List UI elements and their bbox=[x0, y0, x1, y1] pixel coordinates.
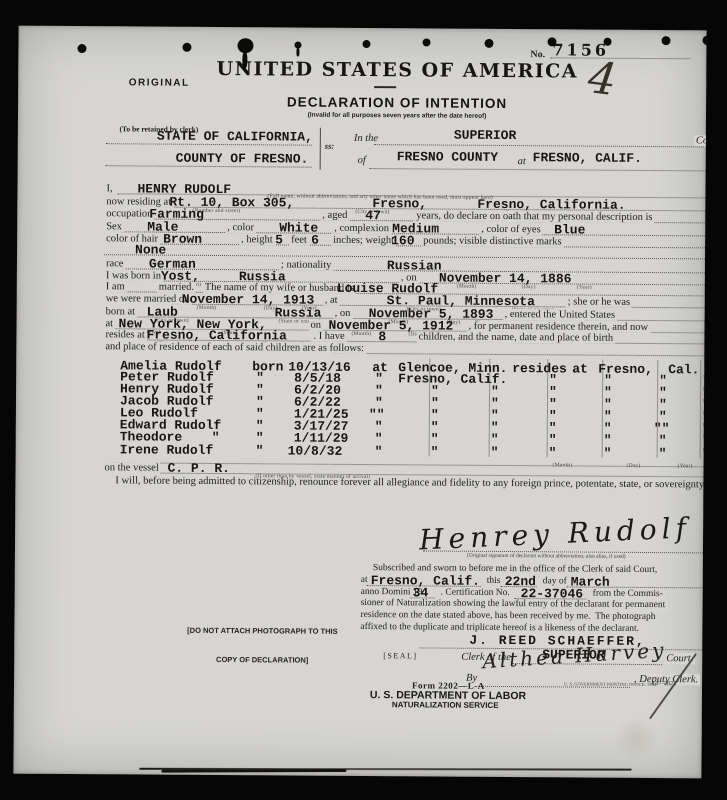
document-subtitle: DECLARATION OF INTENTION bbox=[252, 94, 542, 111]
binding-hole bbox=[547, 37, 556, 46]
printed-text: children, and the name, date and place o… bbox=[416, 331, 615, 343]
binding-hole bbox=[603, 38, 611, 46]
form-body-layer: I,HENRY RUDOLF(Full name, without abbrev… bbox=[19, 26, 707, 31]
printed-text: I, bbox=[104, 183, 114, 194]
oath-paragraph: I will, before being admitted to citizen… bbox=[99, 474, 706, 492]
typed-entry: None bbox=[135, 244, 166, 256]
printed-text: , aged bbox=[320, 210, 349, 221]
printed-text: occupation bbox=[104, 208, 154, 219]
printed-text: , color bbox=[225, 222, 256, 233]
title-underline bbox=[374, 86, 396, 88]
printed-text: residence on the date stated above, has … bbox=[358, 610, 657, 622]
signature-note: (Original signature of declarant without… bbox=[467, 553, 626, 560]
binding-hole bbox=[182, 43, 191, 52]
typed-entry: " bbox=[431, 446, 439, 458]
typed-entry: " bbox=[604, 448, 612, 460]
binding-hole bbox=[422, 38, 430, 46]
paper-fold-stub bbox=[161, 769, 346, 773]
printed-text: from the Commis- bbox=[591, 589, 665, 600]
no-photograph-line2: COPY OF DECLARATION] bbox=[176, 654, 348, 665]
printed-text: . Certification No. bbox=[439, 588, 512, 599]
typed-entry: 8 bbox=[378, 331, 386, 343]
service-label: NATURALIZATION SERVICE bbox=[392, 700, 499, 710]
typed-entry: 47 bbox=[365, 210, 381, 222]
typed-entry: 10/8/32 bbox=[288, 445, 343, 457]
typed-entry: " bbox=[491, 447, 499, 459]
printed-text: on bbox=[308, 320, 323, 331]
scanned-document-page: ORIGINAL (To be retained by clerk) No. 7… bbox=[0, 0, 727, 800]
binding-hole bbox=[702, 35, 706, 45]
printed-text: , height bbox=[239, 234, 275, 245]
typed-entry: Irene Rudolf bbox=[120, 444, 214, 457]
printed-text: years, do declare on oath that my person… bbox=[414, 210, 654, 223]
printed-text: we were married on bbox=[104, 293, 192, 305]
children-table: Amelia Rudolfborn10/13/16atGlencoe, Minn… bbox=[19, 26, 707, 31]
binding-hole bbox=[362, 40, 370, 48]
gpo-imprint: U. S. GOVERNMENT PRINTING OFFICE: 1934 bbox=[564, 681, 656, 687]
printed-text: , color of eyes bbox=[479, 224, 543, 235]
printed-text: ; nationality bbox=[279, 259, 334, 270]
printed-text: feet bbox=[289, 235, 309, 246]
declaration-paper: ORIGINAL (To be retained by clerk) No. 7… bbox=[13, 26, 706, 779]
ink-drip bbox=[296, 48, 299, 57]
printed-text: I am bbox=[104, 281, 127, 292]
printed-text: Sex bbox=[104, 221, 124, 232]
printed-text: I was born in bbox=[104, 270, 163, 281]
dotted-rule bbox=[370, 168, 706, 171]
dotted-rule bbox=[331, 353, 704, 357]
printed-text: inches; weight bbox=[331, 235, 396, 246]
printed-text: day of bbox=[541, 576, 569, 586]
binding-hole bbox=[237, 38, 253, 53]
typed-entry: " bbox=[375, 446, 383, 458]
binding-hole bbox=[77, 44, 86, 53]
validity-note: (Invalid for all purposes seven years af… bbox=[252, 111, 542, 120]
seal-label: [SEAL] bbox=[383, 651, 417, 660]
printed-text: resides at bbox=[103, 329, 146, 340]
printed-text: ; she or he was bbox=[566, 296, 632, 307]
typed-entry: Russian bbox=[387, 260, 442, 272]
typed-entry: C. P. R. bbox=[167, 463, 230, 475]
typed-entry: " bbox=[256, 445, 264, 457]
printed-text: . I have bbox=[311, 331, 346, 342]
printed-text: race bbox=[104, 258, 126, 269]
binding-hole bbox=[484, 39, 493, 48]
binding-hole bbox=[661, 36, 670, 45]
typed-entry: Blue bbox=[554, 224, 585, 236]
printed-text: and place of residence of each of said c… bbox=[103, 341, 366, 354]
printed-text: , at bbox=[323, 295, 340, 306]
printed-text: at bbox=[359, 575, 370, 585]
printed-text: , complexion bbox=[332, 223, 391, 234]
printed-text: on the vessel bbox=[102, 462, 160, 473]
no-photograph-line1: [DO NOT ATTACH PHOTOGRAPH TO THIS bbox=[176, 626, 348, 637]
printed-text: this bbox=[485, 576, 503, 586]
typed-entry: " bbox=[659, 448, 667, 460]
printed-text: sioner of Naturalization showing the law… bbox=[359, 598, 668, 610]
dotted-rule bbox=[374, 144, 704, 147]
ink-drip bbox=[242, 52, 247, 68]
paper-smudge bbox=[612, 718, 660, 760]
printed-text: at bbox=[104, 318, 116, 329]
binding-holes-layer bbox=[19, 26, 707, 31]
printed-text: , entered the United States bbox=[503, 309, 618, 321]
typed-entry: " bbox=[549, 447, 557, 459]
typed-entry: " bbox=[702, 448, 707, 460]
no-photograph-notice: [DO NOT ATTACH PHOTOGRAPH TO THIS COPY O… bbox=[176, 607, 349, 684]
dotted-rule bbox=[550, 57, 690, 59]
